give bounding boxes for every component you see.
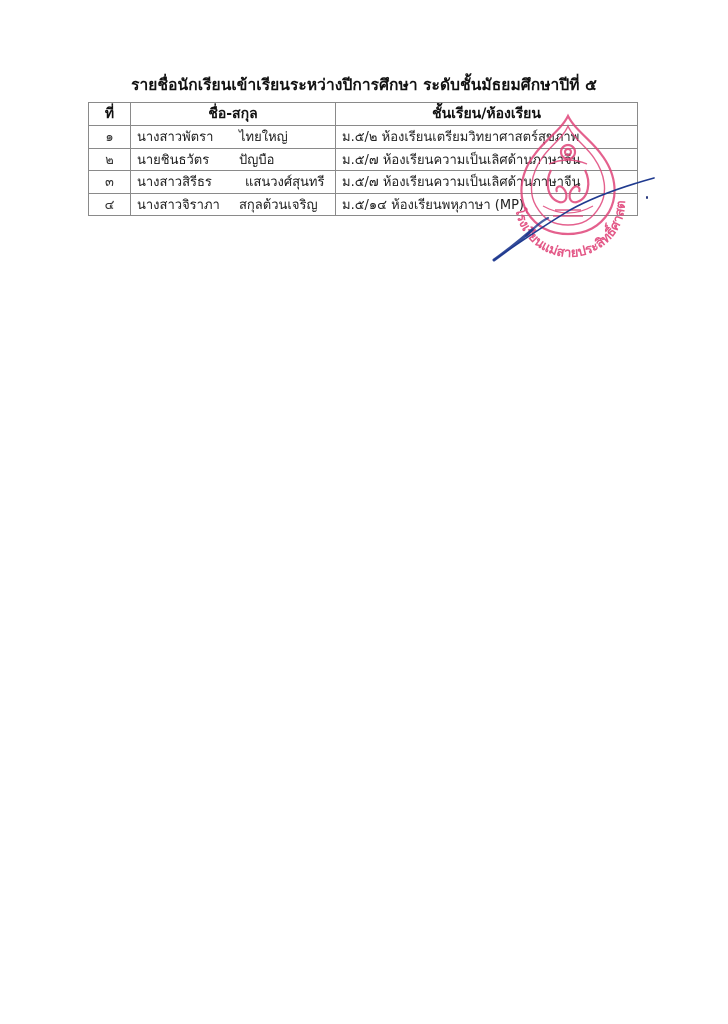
header-room: ชั้นเรียน/ห้องเรียน xyxy=(336,103,638,126)
last-name: แสนวงศ์สุนทรี xyxy=(245,171,324,192)
table-row: ๒ นายชินธวัตรปัญบือ ม.๕/๗ ห้องเรียนความเ… xyxy=(89,148,638,171)
header-name: ชื่อ-สกุล xyxy=(131,103,336,126)
table-row: ๔ นางสาวจิราภาสกุลต้วนเจริญ ม.๕/๑๔ ห้องเ… xyxy=(89,193,638,216)
row-number: ๔ xyxy=(89,193,131,216)
student-roster-table: ที่ ชื่อ-สกุล ชั้นเรียน/ห้องเรียน ๑ นางส… xyxy=(88,102,638,216)
table-header-row: ที่ ชื่อ-สกุล ชั้นเรียน/ห้องเรียน xyxy=(89,103,638,126)
class-room: ม.๕/๑๔ ห้องเรียนพหุภาษา (MP) xyxy=(336,193,638,216)
student-name: นางสาวจิราภาสกุลต้วนเจริญ xyxy=(131,193,336,216)
last-name: สกุลต้วนเจริญ xyxy=(239,194,318,215)
first-name: นางสาวจิราภา xyxy=(137,194,239,215)
document-page: รายชื่อนักเรียนเข้าเรียนระหว่างปีการศึกษ… xyxy=(0,0,728,1024)
class-room: ม.๕/๗ ห้องเรียนความเป็นเลิศด้านภาษาจีน xyxy=(336,148,638,171)
first-name: นายชินธวัตร xyxy=(137,149,239,170)
row-number: ๓ xyxy=(89,171,131,194)
student-name: นางสาวพัตราไทยใหญ่ xyxy=(131,126,336,149)
row-number: ๑ xyxy=(89,126,131,149)
document-title: รายชื่อนักเรียนเข้าเรียนระหว่างปีการศึกษ… xyxy=(0,72,728,97)
student-name: นางสาวสิรีธรแสนวงศ์สุนทรี xyxy=(131,171,336,194)
ink-speck xyxy=(646,196,648,199)
last-name: ปัญบือ xyxy=(239,149,274,170)
header-number: ที่ xyxy=(89,103,131,126)
row-number: ๒ xyxy=(89,148,131,171)
class-room: ม.๕/๒ ห้องเรียนเตรียมวิทยาศาสตร์สุขภาพ xyxy=(336,126,638,149)
table-row: ๑ นางสาวพัตราไทยใหญ่ ม.๕/๒ ห้องเรียนเตรี… xyxy=(89,126,638,149)
class-room: ม.๕/๗ ห้องเรียนความเป็นเลิศด้านภาษาจีน xyxy=(336,171,638,194)
first-name: นางสาวสิรีธร xyxy=(137,171,245,192)
student-name: นายชินธวัตรปัญบือ xyxy=(131,148,336,171)
first-name: นางสาวพัตรา xyxy=(137,126,239,147)
last-name: ไทยใหญ่ xyxy=(239,126,288,147)
table-row: ๓ นางสาวสิรีธรแสนวงศ์สุนทรี ม.๕/๗ ห้องเร… xyxy=(89,171,638,194)
